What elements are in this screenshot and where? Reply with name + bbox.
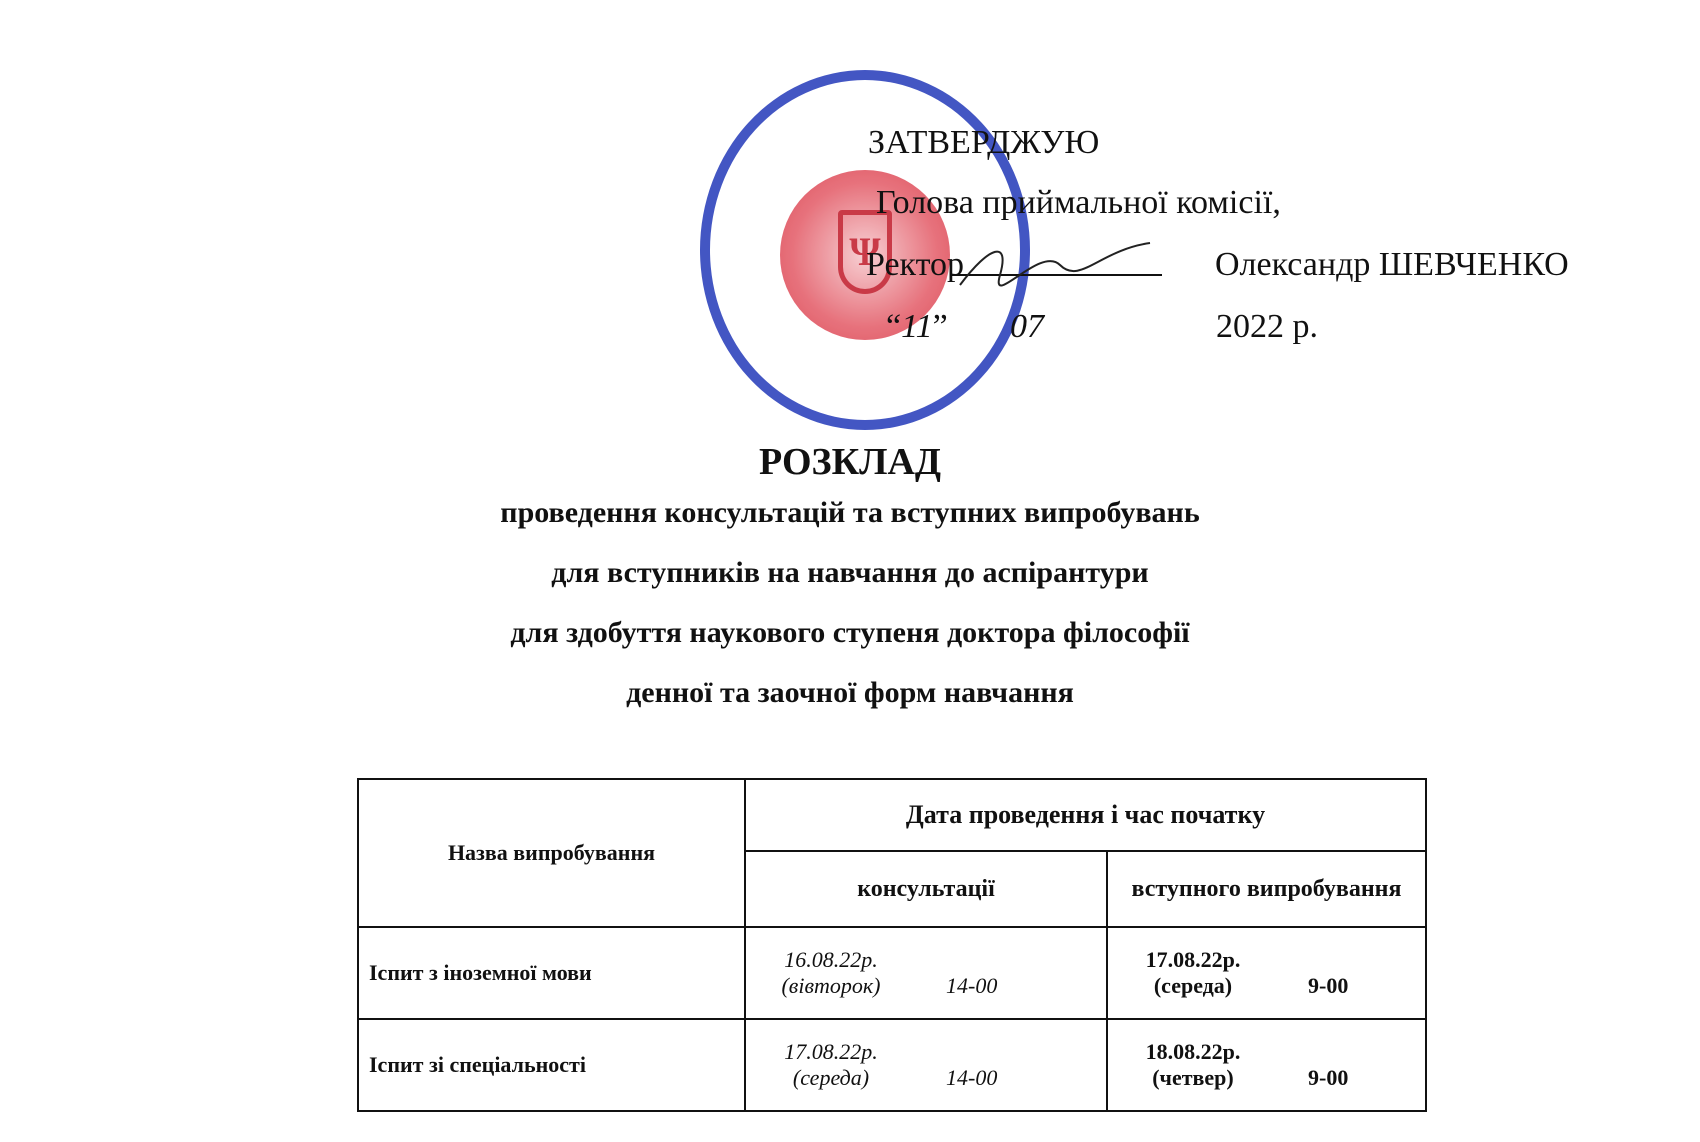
exam-cell: 17.08.22р.(середа)9-00	[1107, 927, 1426, 1019]
consult-cell: 17.08.22р.(середа)14-00	[745, 1019, 1107, 1111]
subtitle-line-4: денної та заочної форм навчання	[0, 676, 1700, 710]
consult-cell: 16.08.22р.(вівторок)14-00	[745, 927, 1107, 1019]
document-title: РОЗКЛАД	[0, 440, 1700, 484]
table-row: Іспит з іноземної мови 16.08.22р.(вівтор…	[358, 927, 1426, 1019]
date-day: “11”	[886, 310, 948, 344]
schedule-table: Назва випробування Дата проведення і час…	[357, 778, 1427, 1112]
subtitle-line-1: проведення консультацій та вступних випр…	[0, 496, 1700, 530]
signature-icon	[950, 235, 1160, 295]
header-consultation: консультації	[745, 851, 1107, 927]
table-row: Іспит зі спеціальності 17.08.22р.(середа…	[358, 1019, 1426, 1111]
subtitle-line-3: для здобуття наукового ступеня доктора ф…	[0, 616, 1700, 650]
date-year: 2022 р.	[1216, 310, 1318, 344]
header-date: Дата проведення і час початку	[745, 779, 1426, 851]
approval-position: Голова приймальної комісії,	[876, 186, 1281, 220]
exam-name: Іспит з іноземної мови	[358, 927, 745, 1019]
subtitle-line-2: для вступників на навчання до аспірантур…	[0, 556, 1700, 590]
header-exam: вступного випробування	[1107, 851, 1426, 927]
approval-heading: ЗАТВЕРДЖУЮ	[868, 126, 1099, 160]
exam-name: Іспит зі спеціальності	[358, 1019, 745, 1111]
date-month: 07	[1010, 310, 1044, 344]
header-name: Назва випробування	[358, 779, 745, 927]
exam-cell: 18.08.22р.(четвер)9-00	[1107, 1019, 1426, 1111]
rector-name: Олександр ШЕВЧЕНКО	[1215, 248, 1569, 282]
